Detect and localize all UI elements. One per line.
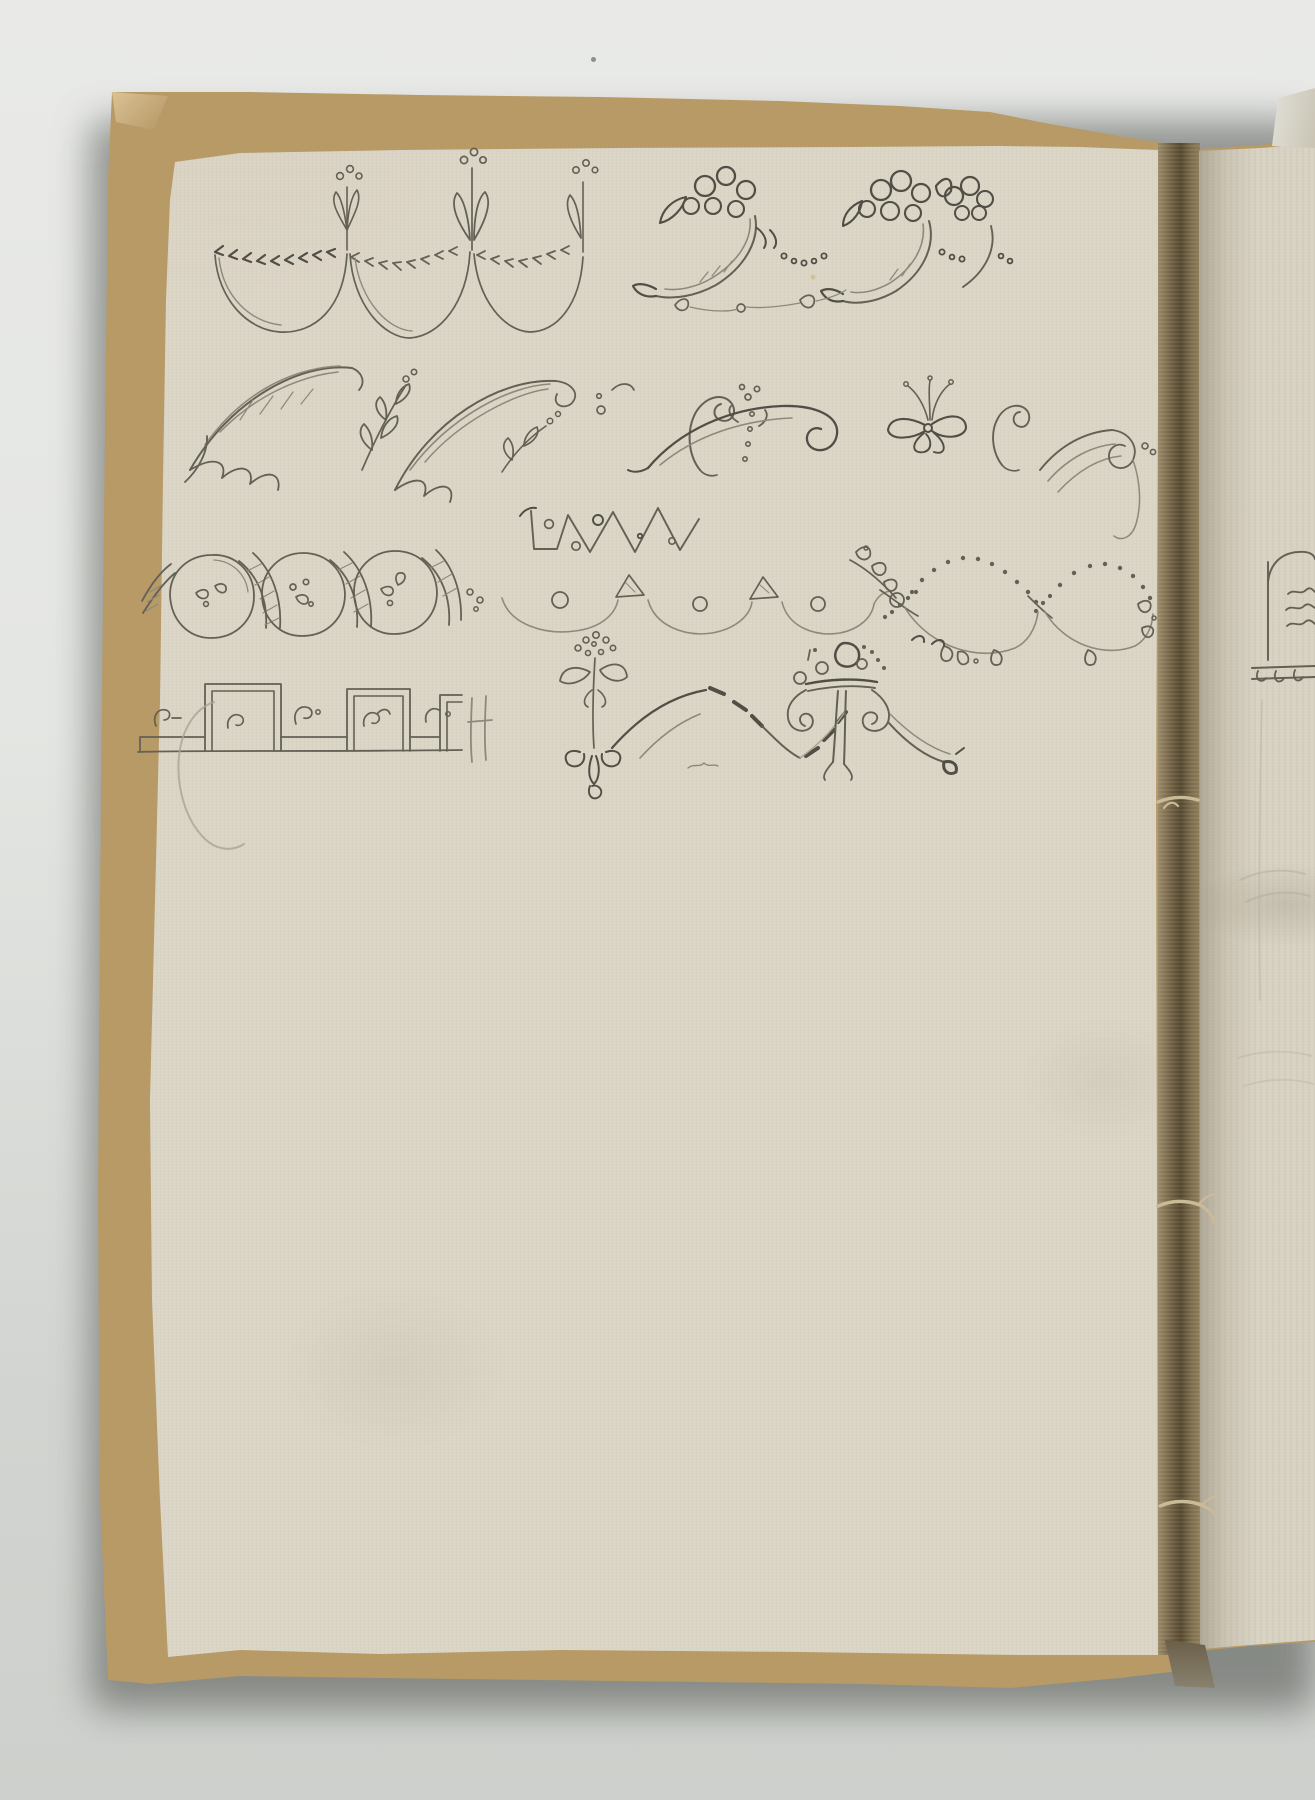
rosette-dots <box>575 632 616 656</box>
swag-garland-border <box>215 148 598 338</box>
pencil-sketch-overlay <box>0 0 1315 1800</box>
faint-sketch-traces <box>1238 700 1313 1086</box>
scallop-and-triangle-border <box>467 575 904 634</box>
volute-and-butterfly-border <box>597 376 1156 539</box>
twisted-ribbon-medallion-border <box>142 550 461 638</box>
greek-key-border <box>138 684 462 752</box>
dotted-vine-border <box>850 546 1156 665</box>
acanthus-leaf-scroll-border <box>185 366 575 502</box>
cornucopia-flower-border <box>633 167 1012 312</box>
dotted-arc <box>883 556 1152 619</box>
photo-scene <box>0 0 1315 1800</box>
flower-and-scroll-centerpiece <box>468 632 964 799</box>
arched-canopy-sketch <box>1252 552 1315 682</box>
zigzag-border <box>520 508 699 552</box>
binding-stitches <box>1158 798 1220 1515</box>
